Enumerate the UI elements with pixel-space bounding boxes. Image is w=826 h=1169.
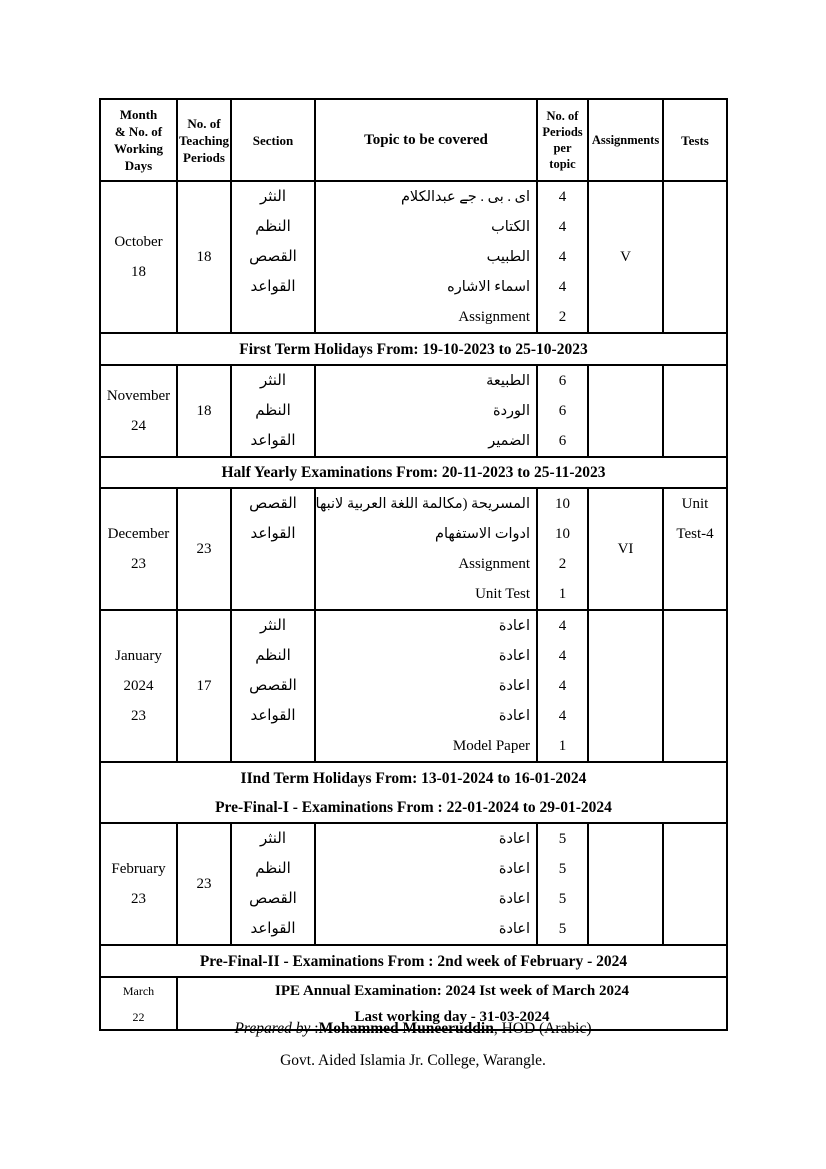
topic-cell: اى . بى . جے عبدالكلام الكتاب الطبيب اسم…: [316, 182, 538, 332]
teaching-periods-cell: 23: [178, 824, 232, 944]
teaching-periods-cell: 17: [178, 611, 232, 761]
periods-cell: 5 5 5 5: [538, 824, 589, 944]
section-cell: النثر النظم القصص القواعد: [232, 611, 316, 761]
march-exam-line: IPE Annual Examination: 2024 Ist week of…: [275, 978, 629, 1004]
banner-half-yearly-exams: Half Yearly Examinations From: 20-11-202…: [101, 458, 726, 489]
topic-line: اعادة: [316, 671, 536, 701]
topic-cell: اعادة اعادة اعادة اعادة Model Paper: [316, 611, 538, 761]
teaching-periods-cell: 23: [178, 489, 232, 609]
banner-pre-final-2: Pre-Final-II - Examinations From : 2nd w…: [101, 946, 726, 978]
table-row-january: January 2024 23 17 النثر النظم القصص الق…: [101, 611, 726, 763]
month-cell: October 18: [101, 182, 178, 332]
assignments-cell: V: [589, 182, 664, 332]
table-header-row: Month & No. of Working Days No. of Teach…: [101, 100, 726, 182]
topic-line: اعادة: [316, 641, 536, 671]
topic-line: الكتاب: [316, 212, 536, 242]
topic-line: اعادة: [316, 824, 536, 854]
periods-line: 5: [538, 854, 587, 884]
periods-line: 6: [538, 366, 587, 396]
periods-line: 5: [538, 824, 587, 854]
periods-line: 2: [538, 302, 587, 332]
prepared-by-line: Prepared by :Mohammed Muneeruddin, HOD (…: [0, 1013, 826, 1045]
topic-line: اعادة: [316, 854, 536, 884]
topic-cell: الطبيعة الوردة الضمير: [316, 366, 538, 456]
prepared-by-label: Prepared by: [234, 1020, 314, 1037]
topic-line: Assignment: [316, 302, 536, 332]
section-cell: النثر النظم القصص القواعد: [232, 182, 316, 332]
tests-line: Test-4: [664, 519, 726, 549]
section-line: القواعد: [232, 519, 314, 549]
topic-line: الوردة: [316, 396, 536, 426]
section-line: القصص: [232, 671, 314, 701]
banner-text: IInd Term Holidays From: 13-01-2024 to 1…: [241, 764, 587, 793]
section-line: النظم: [232, 854, 314, 884]
section-line: النظم: [232, 641, 314, 671]
topic-line: Unit Test: [316, 579, 536, 609]
topic-line: Assignment: [316, 549, 536, 579]
section-line: النثر: [232, 611, 314, 641]
header-assignments: Assignments: [589, 100, 664, 180]
topic-line: اعادة: [316, 884, 536, 914]
topic-cell: اعادة اعادة اعادة اعادة: [316, 824, 538, 944]
tests-cell: [664, 611, 726, 761]
month-cell: November 24: [101, 366, 178, 456]
table-row-october: October 18 18 النثر النظم القصص القواعد …: [101, 182, 726, 334]
topic-line: اسماء الاشاره: [316, 272, 536, 302]
document-page: Month & No. of Working Days No. of Teach…: [0, 0, 826, 1169]
tests-cell: [664, 182, 726, 332]
periods-line: 4: [538, 641, 587, 671]
header-month: Month & No. of Working Days: [101, 100, 178, 180]
periods-line: 5: [538, 884, 587, 914]
section-line: القصص: [232, 489, 314, 519]
table-row-february: February 23 23 النثر النظم القصص القواعد…: [101, 824, 726, 946]
tests-cell: Unit Test-4: [664, 489, 726, 609]
section-line: النثر: [232, 824, 314, 854]
syllabus-table: Month & No. of Working Days No. of Teach…: [99, 98, 728, 1031]
periods-line: 4: [538, 701, 587, 731]
assignments-cell: VI: [589, 489, 664, 609]
assignments-cell: [589, 824, 664, 944]
banner-text: Half Yearly Examinations From: 20-11-202…: [221, 458, 605, 487]
tests-cell: [664, 824, 726, 944]
month-cell: December 23: [101, 489, 178, 609]
month-cell: January 2024 23: [101, 611, 178, 761]
periods-cell: 10 10 2 1: [538, 489, 589, 609]
section-line: القواعد: [232, 426, 314, 456]
section-line: النظم: [232, 396, 314, 426]
college-line: Govt. Aided Islamia Jr. College, Warangl…: [0, 1045, 826, 1077]
periods-line: 4: [538, 272, 587, 302]
topic-line: الطبيب: [316, 242, 536, 272]
month-cell: February 23: [101, 824, 178, 944]
section-line: القصص: [232, 884, 314, 914]
topic-cell: المسريحة (مكالمة اللغة العربية لانبها) ا…: [316, 489, 538, 609]
periods-line: 4: [538, 611, 587, 641]
periods-line: 1: [538, 731, 587, 761]
section-line: النظم: [232, 212, 314, 242]
section-line: النثر: [232, 366, 314, 396]
section-line: القواعد: [232, 701, 314, 731]
periods-cell: 4 4 4 4 1: [538, 611, 589, 761]
banner-text: First Term Holidays From: 19-10-2023 to …: [239, 335, 587, 364]
periods-cell: 4 4 4 4 2: [538, 182, 589, 332]
section-cell: القصص القواعد: [232, 489, 316, 609]
periods-line: 4: [538, 242, 587, 272]
topic-line: اعادة: [316, 701, 536, 731]
header-section: Section: [232, 100, 316, 180]
periods-line: 4: [538, 212, 587, 242]
periods-line: 2: [538, 549, 587, 579]
teaching-periods-cell: 18: [178, 182, 232, 332]
section-line: القصص: [232, 242, 314, 272]
teaching-periods-cell: 18: [178, 366, 232, 456]
table-row-december: December 23 23 القصص القواعد المسريحة (م…: [101, 489, 726, 611]
header-periods-per-topic: No. of Periods per topic: [538, 100, 589, 180]
periods-line: 4: [538, 671, 587, 701]
banner-text: Pre-Final-I - Examinations From : 22-01-…: [215, 793, 612, 822]
prepared-by-name: Mohammed Muneeruddin: [319, 1020, 494, 1037]
assignments-cell: [589, 366, 664, 456]
topic-line: Model Paper: [316, 731, 536, 761]
periods-line: 6: [538, 396, 587, 426]
periods-line: 10: [538, 519, 587, 549]
section-line: القواعد: [232, 272, 314, 302]
periods-line: 1: [538, 579, 587, 609]
tests-line: Unit: [664, 489, 726, 519]
prepared-by-suffix: , HOD (Arabic): [494, 1020, 592, 1037]
section-line: النثر: [232, 182, 314, 212]
topic-line: الطبيعة: [316, 366, 536, 396]
header-teaching-periods: No. of Teaching Periods: [178, 100, 232, 180]
topic-line: اعادة: [316, 914, 536, 944]
section-cell: النثر النظم القواعد: [232, 366, 316, 456]
section-line: القواعد: [232, 914, 314, 944]
periods-line: 10: [538, 489, 587, 519]
tests-cell: [664, 366, 726, 456]
header-topic: Topic to be covered: [316, 100, 538, 180]
topic-line: ادوات الاستفهام: [316, 519, 536, 549]
banner-text: Pre-Final-II - Examinations From : 2nd w…: [200, 947, 627, 976]
topic-line: الضمير: [316, 426, 536, 456]
banner-first-term-holidays: First Term Holidays From: 19-10-2023 to …: [101, 334, 726, 366]
periods-cell: 6 6 6: [538, 366, 589, 456]
topic-line: اعادة: [316, 611, 536, 641]
periods-line: 4: [538, 182, 587, 212]
assignments-cell: [589, 611, 664, 761]
topic-line: اى . بى . جے عبدالكلام: [316, 182, 536, 212]
header-tests: Tests: [664, 100, 726, 180]
periods-line: 5: [538, 914, 587, 944]
footer: Prepared by :Mohammed Muneeruddin, HOD (…: [0, 1013, 826, 1077]
section-cell: النثر النظم القصص القواعد: [232, 824, 316, 944]
topic-line: المسريحة (مكالمة اللغة العربية لانبها): [316, 489, 536, 519]
table-row-november: November 24 18 النثر النظم القواعد الطبي…: [101, 366, 726, 458]
banner-second-term-holidays: IInd Term Holidays From: 13-01-2024 to 1…: [101, 763, 726, 824]
periods-line: 6: [538, 426, 587, 456]
